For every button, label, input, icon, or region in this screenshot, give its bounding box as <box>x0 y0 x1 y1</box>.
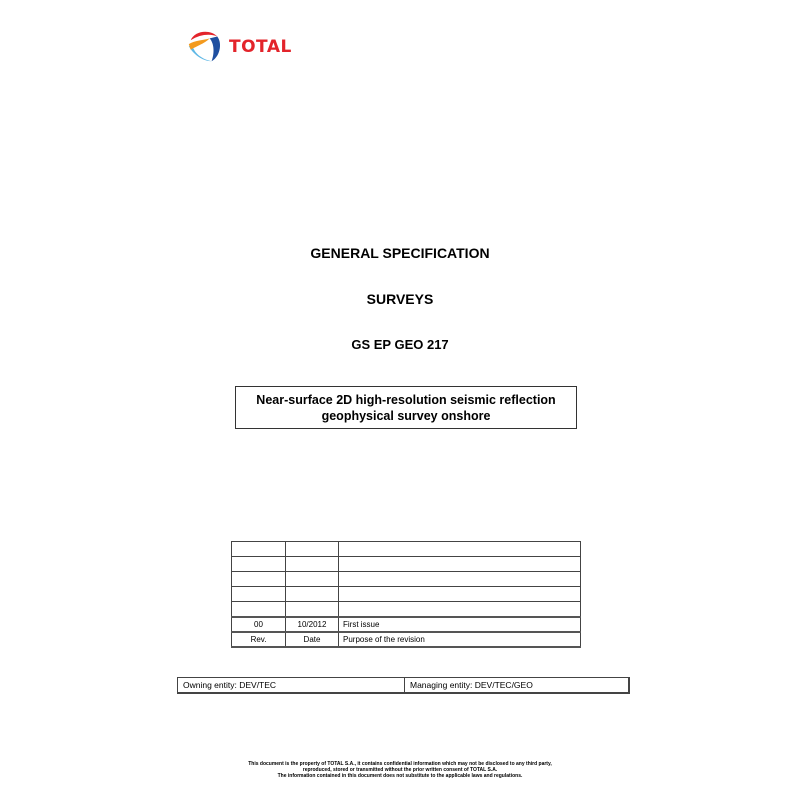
rev-cell <box>232 587 286 602</box>
date-cell <box>286 557 339 572</box>
logo-wordmark: TOTAL <box>229 37 292 57</box>
date-cell <box>286 542 339 557</box>
subject-line-1: Near-surface 2D high-resolution seismic … <box>256 392 555 408</box>
document-reference: GS EP GEO 217 <box>0 337 800 352</box>
rev-cell <box>232 602 286 617</box>
rev-cell <box>232 557 286 572</box>
total-logo: TOTAL <box>185 26 292 66</box>
document-heading: GENERAL SPECIFICATION <box>0 245 800 261</box>
table-row <box>232 557 581 572</box>
owning-entity: Owning entity: DEV/TEC <box>178 678 405 692</box>
table-row: 00 10/2012 First issue <box>232 617 581 632</box>
footer-line-3: The information contained in this docume… <box>0 773 800 779</box>
purpose-cell <box>339 572 581 587</box>
rev-cell <box>232 542 286 557</box>
rev-cell: 00 <box>232 617 286 632</box>
confidentiality-notice: This document is the property of TOTAL S… <box>0 761 800 779</box>
document-category: SURVEYS <box>0 291 800 307</box>
date-header: Date <box>286 632 339 647</box>
purpose-cell <box>339 602 581 617</box>
date-cell <box>286 602 339 617</box>
document-subject-box: Near-surface 2D high-resolution seismic … <box>235 386 577 429</box>
entity-table: Owning entity: DEV/TEC Managing entity: … <box>177 677 630 694</box>
table-row <box>232 572 581 587</box>
date-cell: 10/2012 <box>286 617 339 632</box>
total-logo-icon <box>185 26 223 66</box>
purpose-cell: First issue <box>339 617 581 632</box>
managing-entity: Managing entity: DEV/TEC/GEO <box>405 678 628 692</box>
revision-table: 00 10/2012 First issue Rev. Date Purpose… <box>231 541 581 648</box>
purpose-cell <box>339 557 581 572</box>
purpose-header: Purpose of the revision <box>339 632 581 647</box>
date-cell <box>286 572 339 587</box>
table-row <box>232 587 581 602</box>
table-header-row: Rev. Date Purpose of the revision <box>232 632 581 647</box>
purpose-cell <box>339 542 581 557</box>
subject-line-2: geophysical survey onshore <box>322 408 491 424</box>
table-row <box>232 542 581 557</box>
purpose-cell <box>339 587 581 602</box>
rev-cell <box>232 572 286 587</box>
date-cell <box>286 587 339 602</box>
table-row <box>232 602 581 617</box>
rev-header: Rev. <box>232 632 286 647</box>
